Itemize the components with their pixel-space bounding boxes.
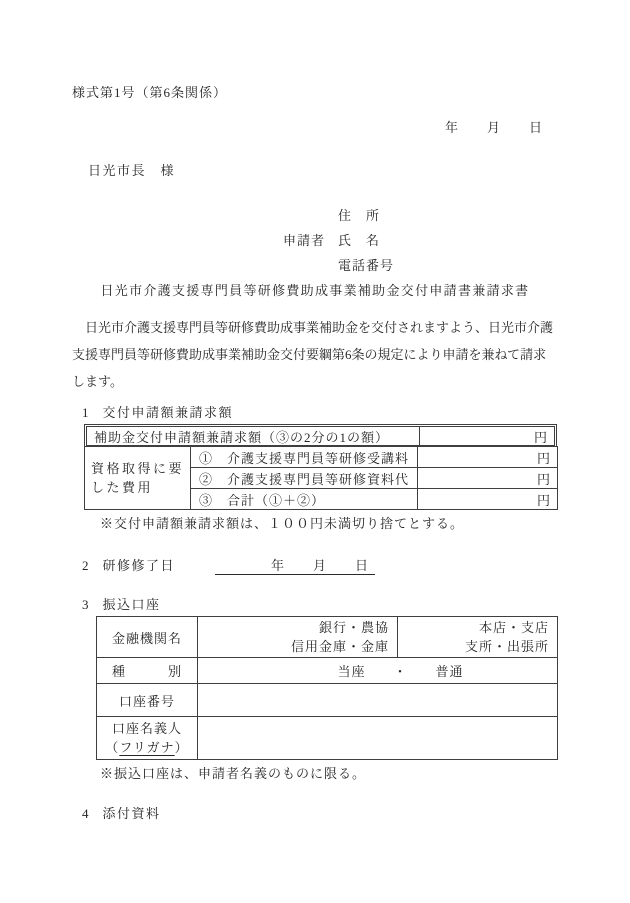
table-row: 資格取得に要した費用 ① 介護支援専門員等研修受講料 円 (85, 447, 558, 468)
applicant-address-label: 住 所 (338, 205, 380, 224)
applicant-block: 住 所 申請者 氏 名 電話番号 (283, 202, 558, 277)
bank-type-options: 銀行・農協 信用金庫・金庫 (198, 617, 398, 658)
bank-account-table: 金融機関名 銀行・農協 信用金庫・金庫 本店・支店 支所・出張所 種 別 当座 … (96, 616, 558, 760)
expense-item-label: ② 介護支援専門員等研修資料代 (191, 468, 418, 489)
expense-amount-cell: 円 (418, 447, 558, 468)
applicant-label: 申請者 (283, 230, 338, 249)
rounding-note: ※交付申請額兼請求額は、１００円未満切り捨てとする。 (72, 516, 558, 532)
body-paragraph-line: 支援専門員等研修費助成事業補助金交付要綱第6条の規定により申請を兼ねて請求 (72, 341, 558, 368)
section-4-title: 添付資料 (103, 806, 161, 821)
account-number-value-cell (198, 684, 558, 717)
applicant-address-row: 住 所 (283, 202, 558, 227)
form-code-label: 様式第1号（第6条関係） (72, 85, 558, 100)
grant-amount-header-row: 補助金交付申請額兼請求額（③の2分の1の額） 円 (84, 424, 557, 446)
expense-amount-cell: 円 (418, 489, 558, 510)
financial-institution-label: 金融機関名 (97, 617, 198, 658)
branch-type-line: 本店・支店 (398, 618, 549, 637)
section-3-number: 3 (82, 597, 89, 613)
account-holder-label-line: 口座名義人 (97, 719, 197, 738)
section-4-number: 4 (82, 806, 89, 822)
table-row: 金融機関名 銀行・農協 信用金庫・金庫 本店・支店 支所・出張所 (97, 617, 558, 658)
addressee: 日光市長 様 (72, 163, 558, 178)
grant-request-amount-label: 補助金交付申請額兼請求額（③の2分の1の額） (87, 427, 419, 445)
table-row: 種 別 当座 ・ 普通 (97, 658, 558, 684)
expense-amount-cell: 円 (418, 468, 558, 489)
expense-category-label: 資格取得に要した費用 (85, 447, 191, 510)
table-row: 口座名義人 （フリガナ） (97, 717, 558, 760)
section-3-title: 振込口座 (103, 597, 161, 612)
section-1-heading: 1交付申請額兼請求額 (72, 405, 558, 421)
account-type-label: 種 別 (97, 658, 198, 684)
grant-request-amount-cell: 円 (419, 427, 554, 445)
body-paragraph-line: 日光市介護支援専門員等研修費助成事業補助金を交付されますよう、日光市介護 (72, 314, 558, 341)
date-line: 年 月 日 (72, 120, 558, 135)
account-type-options: 当座 ・ 普通 (198, 658, 558, 684)
expense-item-label: ① 介護支援専門員等研修受講料 (191, 447, 418, 468)
account-note: ※振込口座は、申請者名義のものに限る。 (72, 766, 558, 782)
furigana-paren-open: （ (105, 740, 119, 755)
body-paragraph: 日光市介護支援専門員等研修費助成事業補助金を交付されますよう、日光市介護 支援専… (72, 314, 558, 395)
document-title: 日光市介護支援専門員等研修費助成事業補助金交付申請書兼請求書 (72, 283, 558, 298)
applicant-phone-row: 電話番号 (283, 252, 558, 277)
account-holder-label: 口座名義人 （フリガナ） (97, 717, 198, 760)
account-number-label: 口座番号 (97, 684, 198, 717)
grant-amount-table: 補助金交付申請額兼請求額（③の2分の1の額） 円 資格取得に要した費用 ① 介護… (84, 424, 557, 510)
applicant-name-row: 申請者 氏 名 (283, 227, 558, 252)
section-2-title: 研修修了日 (103, 558, 176, 573)
document-page: 様式第1号（第6条関係） 年 月 日 日光市長 様 住 所 申請者 氏 名 電話… (0, 0, 630, 903)
section-2-number: 2 (82, 558, 89, 574)
furigana-label: （フリガナ） (97, 738, 197, 757)
expense-item-label: ③ 合計（①＋②） (191, 489, 418, 510)
section-3-heading: 3振込口座 (72, 597, 558, 613)
applicant-phone-label: 電話番号 (338, 255, 394, 274)
account-holder-value-cell (198, 717, 558, 760)
table-row: 口座番号 (97, 684, 558, 717)
section-4-heading: 4添付資料 (72, 806, 558, 822)
section-1-title: 交付申請額兼請求額 (103, 405, 234, 420)
furigana-paren-close: ） (175, 740, 189, 755)
section-1-number: 1 (82, 405, 89, 421)
section-2-heading: 2研修修了日 年 月 日 (72, 558, 558, 575)
training-completion-date-field: 年 月 日 (215, 558, 375, 575)
branch-type-options: 本店・支店 支所・出張所 (398, 617, 558, 658)
branch-type-line: 支所・出張所 (398, 637, 549, 656)
bank-type-line: 信用金庫・金庫 (198, 637, 389, 656)
bank-type-line: 銀行・農協 (198, 618, 389, 637)
furigana-text: フリガナ (119, 740, 174, 755)
body-paragraph-line: します。 (72, 368, 558, 395)
applicant-name-label: 氏 名 (338, 230, 380, 249)
